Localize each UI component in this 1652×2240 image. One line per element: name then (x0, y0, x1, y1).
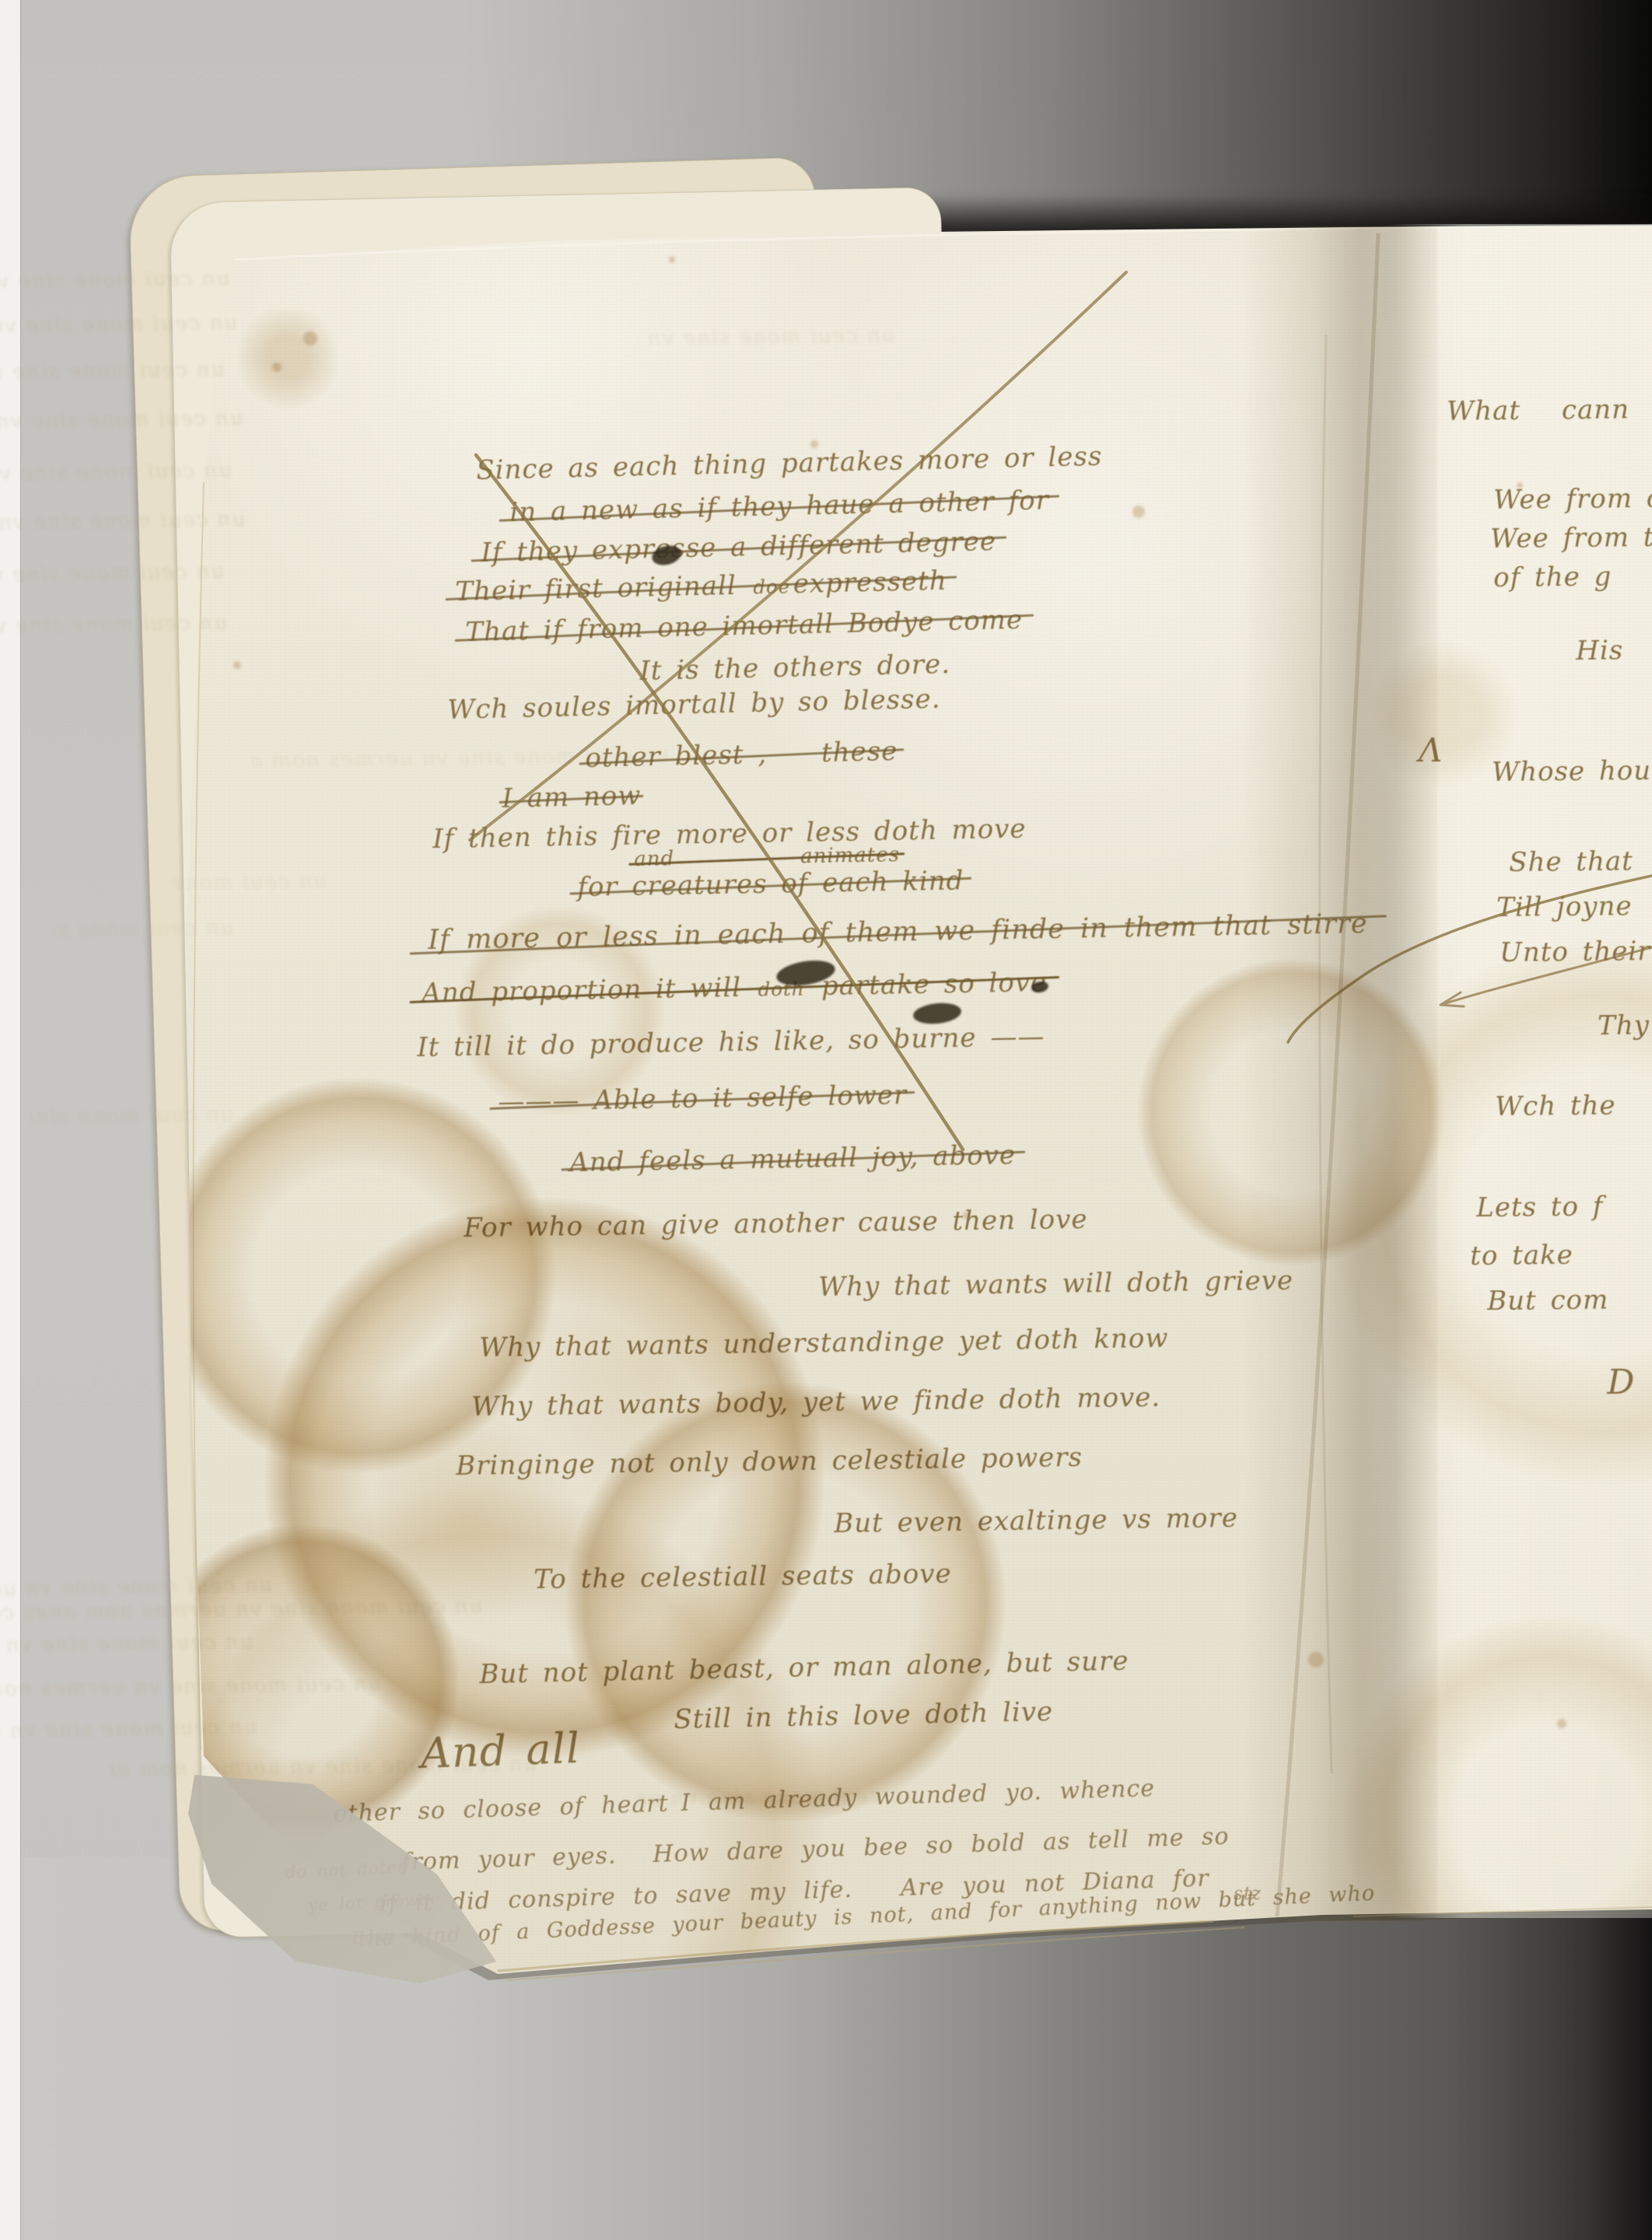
insertion-arrow-stroke (1440, 947, 1652, 1006)
gutter-shadow (1243, 226, 1437, 1921)
scanned-manuscript: Scan of an opened bound manuscript noteb… (0, 0, 1652, 2240)
page-left-edge (194, 482, 204, 1750)
page-top-edge (235, 226, 1652, 260)
page-bottom-edge (507, 1927, 1244, 1980)
cross-out-stroke (476, 455, 963, 1150)
cross-out-stroke (470, 272, 1126, 840)
page-bottom-edge (498, 1921, 1213, 1971)
